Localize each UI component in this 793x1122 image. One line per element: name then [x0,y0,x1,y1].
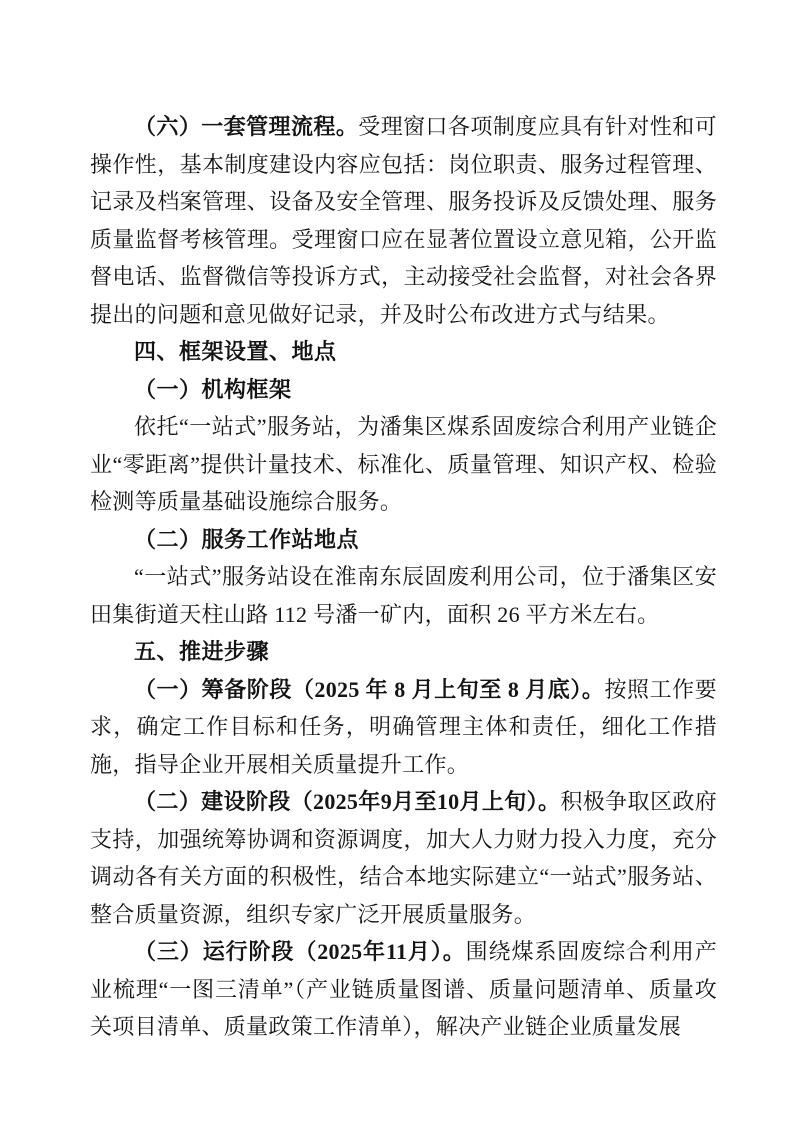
paragraph-management-process: （六）一套管理流程。受理窗口各项制度应具有针对性和可操作性，基本制度建设内容应包… [90,108,717,333]
paragraph-operation-phase: （三）运行阶段（2025年11月）。围绕煤系固废综合利用产业梳理“一图三清单”（… [90,933,717,1046]
document-body: （六）一套管理流程。受理窗口各项制度应具有针对性和可操作性，基本制度建设内容应包… [90,108,717,1046]
paragraph-station-location: “一站式”服务站设在淮南东辰固废利用公司，位于潘集区安田集街道天柱山路 112 … [90,558,717,633]
paragraph-preparation-phase: （一）筹备阶段（2025 年 8 月上旬至 8 月底）。按照工作要求，确定工作目… [90,671,717,784]
subheading-1-institution-framework: （一）机构框架 [90,371,717,409]
paragraph-bold-lead: （六）一套管理流程。 [134,114,358,139]
subheading-2-station-location: （二）服务工作站地点 [90,521,717,559]
paragraph-bold-lead: （三）运行阶段（2025年11月）。 [134,939,466,964]
paragraph-bold-lead: （一）筹备阶段（2025 年 8 月上旬至 8 月底）。 [134,677,604,702]
paragraph-institution-framework: 依托“一站式”服务站，为潘集区煤系固废综合利用产业链企业“零距离”提供计量技术、… [90,408,717,521]
section-heading-4-framework-location: 四、框架设置、地点 [90,333,717,371]
section-heading-5-steps: 五、推进步骤 [90,633,717,671]
paragraph-construction-phase: （二）建设阶段（2025年9月至10月上旬）。积极争取区政府支持，加强统筹协调和… [90,783,717,933]
document-page: （六）一套管理流程。受理窗口各项制度应具有针对性和可操作性，基本制度建设内容应包… [0,0,793,1122]
paragraph-bold-lead: （二）建设阶段（2025年9月至10月上旬）。 [134,789,560,814]
paragraph-text: 受理窗口各项制度应具有针对性和可操作性，基本制度建设内容应包括：岗位职责、服务过… [90,114,717,327]
